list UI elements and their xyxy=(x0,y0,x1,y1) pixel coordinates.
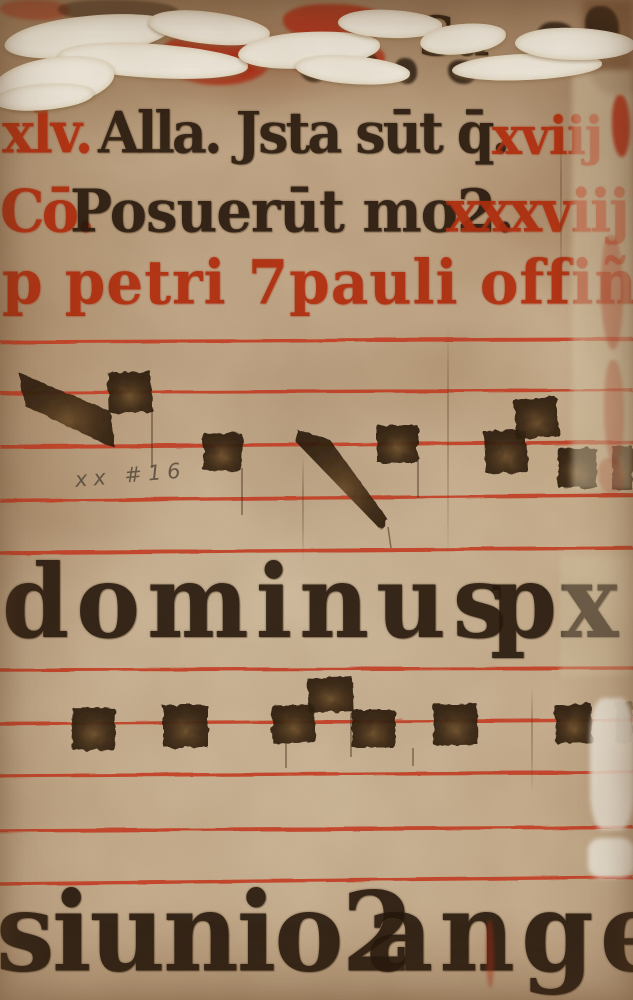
index-line-1-segment: xviij xyxy=(492,110,602,163)
chant-text-1-segment: dominus xyxy=(2,552,514,653)
rubric-line-segment: p petri 7pauli offiñ. xyxy=(2,252,633,313)
chant-text-2-segment: ange xyxy=(366,878,633,987)
index-line-1-segment: Alla. Jsta sūt q̄. xyxy=(98,104,507,161)
chant-text-1-segment: px xyxy=(490,552,622,653)
chant-text-2-segment: iunio2 xyxy=(52,878,412,987)
damaged-heading-segment: Sa xyxy=(418,10,489,65)
index-line-1-segment: xlv. xyxy=(2,104,91,161)
index-line-2-segment: xxxviij xyxy=(446,182,628,241)
chant-text-2-segment: s xyxy=(0,878,55,987)
manuscript-page: Saxlv.Alla. Jsta sūt q̄.xviijCō.Posuerūt… xyxy=(0,0,633,1000)
text-layer: Saxlv.Alla. Jsta sūt q̄.xviijCō.Posuerūt… xyxy=(0,0,633,1000)
